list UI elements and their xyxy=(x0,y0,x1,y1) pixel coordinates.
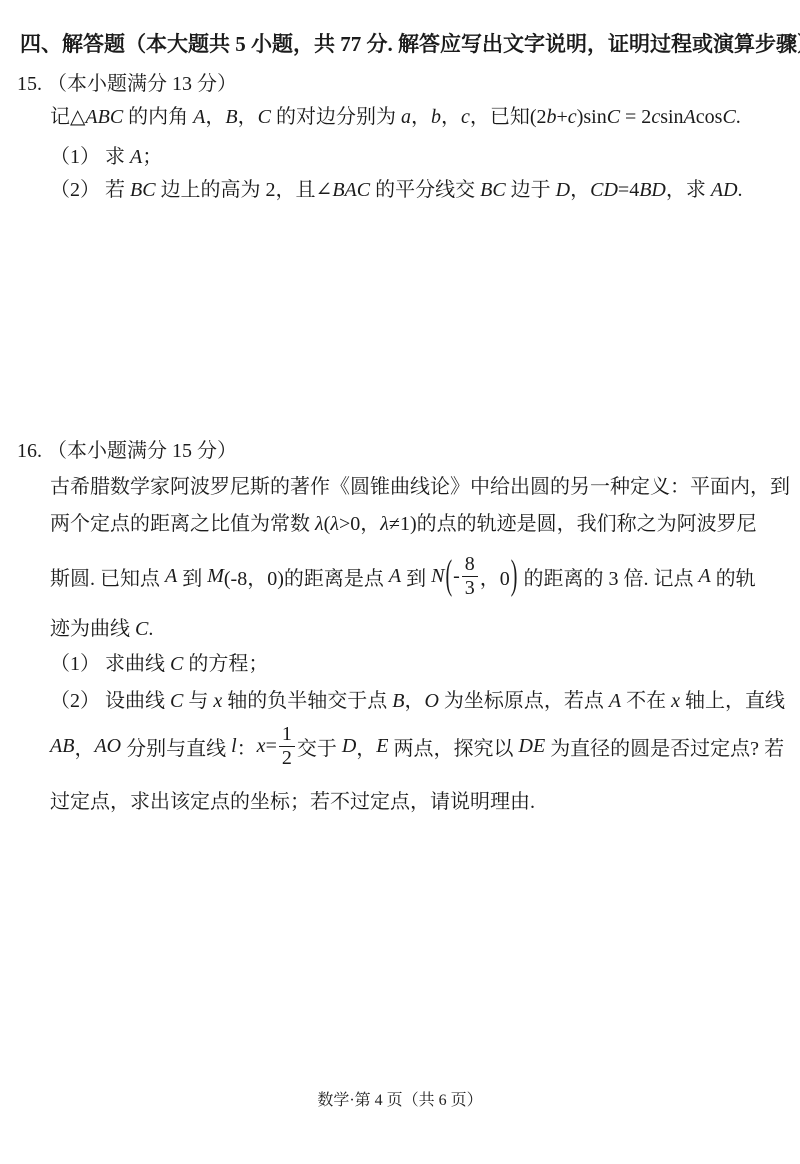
math-run: BD xyxy=(639,179,666,201)
text-run: ， xyxy=(570,179,590,201)
problem-16-header: 16.（本小题满分 15 分） xyxy=(17,436,237,466)
text-run: 轴的负半轴交于点 xyxy=(222,690,392,712)
text-run: 分别与直线 xyxy=(121,732,231,761)
math-run: A xyxy=(389,565,401,588)
math-run: C xyxy=(170,690,183,712)
problem-15-score-note: （本小题满分 13 分） xyxy=(47,73,237,95)
math-run: x xyxy=(257,735,266,758)
math-run: BC xyxy=(130,179,156,201)
problem-16-part-1-line: （1） 求曲线 C 的方程； xyxy=(50,649,268,679)
text-run: + xyxy=(557,106,568,128)
text-run: 到 xyxy=(401,562,431,591)
text-run: )sin xyxy=(577,106,607,128)
text-run: 的方程； xyxy=(183,653,268,675)
math-run: C xyxy=(722,106,735,128)
text-run: 的平分线交 xyxy=(370,179,480,201)
text-run: ： xyxy=(237,732,257,761)
math-run: A xyxy=(609,690,621,712)
text-run: ， xyxy=(411,106,431,128)
problem-16-part-2-line-2: AB，AO 分别与直线 l：x=12交于 D，E 两点，探究以 DE 为直径的圆… xyxy=(50,716,784,776)
text-run: 的轨 xyxy=(711,562,756,591)
problem-15-header: 15.（本小题满分 13 分） xyxy=(17,69,237,99)
problem-16-number: 16. xyxy=(17,440,42,462)
math-run: A xyxy=(130,146,142,168)
problem-15-intro-line: 记△ABC 的内角 A，B，C 的对边分别为 a，b，c，已知(2b+c)sin… xyxy=(50,102,741,132)
text-run: 边上的高为 2，且∠ xyxy=(156,179,333,201)
text-run: （2） 若 xyxy=(50,179,130,201)
math-run: b xyxy=(431,106,441,128)
text-run: （2） 设曲线 xyxy=(50,690,170,712)
text-run: 与 xyxy=(183,690,213,712)
text-run: sin xyxy=(660,106,683,128)
math-run: x xyxy=(671,690,680,712)
math-run: c xyxy=(461,106,470,128)
math-run: B xyxy=(392,690,404,712)
text-run: . xyxy=(738,179,743,201)
fraction: 83 xyxy=(462,553,478,600)
exam-page: 四、解答题（本大题共 5 小题，共 77 分. 解答应写出文字说明，证明过程或演… xyxy=(0,0,800,1164)
problem-16-score-note: （本小题满分 15 分） xyxy=(47,440,237,462)
math-run: BC xyxy=(480,179,506,201)
text-run: ，0 xyxy=(480,562,510,591)
page-footer: 数学·第 4 页（共 6 页） xyxy=(0,1086,800,1116)
problem-15-part-2-line: （2） 若 BC 边上的高为 2，且∠BAC 的平分线交 BC 边于 D，CD=… xyxy=(50,175,743,205)
math-run: AB xyxy=(50,735,74,758)
big-paren: ) xyxy=(511,552,518,599)
math-run: A xyxy=(684,106,696,128)
math-run: A xyxy=(193,106,205,128)
problem-16-part-2-line-1: （2） 设曲线 C 与 x 轴的负半轴交于点 B，O 为坐标原点，若点 A 不在… xyxy=(50,686,785,716)
math-run: a xyxy=(401,106,411,128)
text-run: 的距离的 3 倍. 记点 xyxy=(518,562,698,591)
math-run: c xyxy=(651,106,660,128)
text-run: ， xyxy=(356,732,376,761)
text-run: 为坐标原点，若点 xyxy=(439,690,609,712)
problem-15-number: 15. xyxy=(17,73,42,95)
math-run: b xyxy=(547,106,557,128)
math-run: N xyxy=(431,565,444,588)
text-run: cos xyxy=(696,106,723,128)
math-run: A xyxy=(698,565,710,588)
math-run: λ xyxy=(330,513,339,535)
text-run: 斯圆. 已知点 xyxy=(50,562,165,591)
math-run: C xyxy=(135,618,148,640)
math-run: M xyxy=(207,565,224,588)
text-run: ， xyxy=(238,106,258,128)
math-run: λ xyxy=(315,513,324,535)
text-run: 轴上，直线 xyxy=(680,690,785,712)
math-run: B xyxy=(225,106,237,128)
text-run: 不在 xyxy=(621,690,671,712)
text-run: 两个定点的距离之比值为常数 xyxy=(50,513,315,535)
fraction: 12 xyxy=(279,723,295,770)
math-run: DE xyxy=(519,735,546,758)
text-run: - xyxy=(453,565,460,588)
text-run: = 2 xyxy=(620,106,651,128)
math-run: CD xyxy=(590,179,618,201)
problem-16-body-line-1: 古希腊数学家阿波罗尼斯的著作《圆锥曲线论》中给出圆的另一种定义：平面内，到 xyxy=(50,472,790,502)
math-run: λ xyxy=(380,513,389,535)
text-run: 的对边分别为 xyxy=(271,106,401,128)
problem-16-body-line-2: 两个定点的距离之比值为常数 λ(λ>0，λ≠1)的点的轨迹是圆，我们称之为阿波罗… xyxy=(50,509,757,539)
math-run: AD xyxy=(711,179,738,201)
text-run: ≠1)的点的轨迹是圆，我们称之为阿波罗尼 xyxy=(389,513,757,535)
math-run: D xyxy=(556,179,570,201)
text-run: 记△ xyxy=(50,106,85,128)
text-run: ， xyxy=(74,732,94,761)
problem-16-part-2-line-3: 过定点，求出该定点的坐标；若不过定点，请说明理由. xyxy=(50,787,535,817)
text-run: 边于 xyxy=(506,179,556,201)
problem-16-body-line-3: 斯圆. 已知点 A 到 M(-8，0)的距离是点 A 到 N(-83，0) 的距… xyxy=(50,546,756,606)
text-run: ，已知(2 xyxy=(470,106,547,128)
text-run: ， xyxy=(441,106,461,128)
answer-space xyxy=(0,210,800,430)
section-heading: 四、解答题（本大题共 5 小题，共 77 分. 解答应写出文字说明，证明过程或演… xyxy=(20,29,800,59)
math-run: O xyxy=(424,690,438,712)
text-run: （1） 求曲线 xyxy=(50,653,170,675)
text-run: 古希腊数学家阿波罗尼斯的著作《圆锥曲线论》中给出圆的另一种定义：平面内，到 xyxy=(50,476,790,498)
text-run: 交于 xyxy=(297,732,342,761)
text-run: 迹为曲线 xyxy=(50,618,135,640)
problem-15-part-1-line: （1） 求 A； xyxy=(50,142,162,172)
text-run: ，求 xyxy=(666,179,711,201)
text-run: >0， xyxy=(339,513,380,535)
text-run: 的内角 xyxy=(123,106,193,128)
text-run: 到 xyxy=(177,562,207,591)
text-run: 过定点，求出该定点的坐标；若不过定点，请说明理由. xyxy=(50,791,535,813)
text-run: =4 xyxy=(618,179,639,201)
text-run: （1） 求 xyxy=(50,146,130,168)
text-run: ， xyxy=(404,690,424,712)
big-paren: ( xyxy=(445,552,452,599)
text-run: . xyxy=(148,618,153,640)
math-run: BAC xyxy=(332,179,370,201)
math-run: AO xyxy=(94,735,121,758)
math-run: C xyxy=(607,106,620,128)
text-run: 为直径的圆是否过定点? 若 xyxy=(545,732,784,761)
text-run: 两点，探究以 xyxy=(389,732,519,761)
text-run: . xyxy=(736,106,741,128)
math-run: E xyxy=(376,735,388,758)
math-run: x xyxy=(213,690,222,712)
text-run: (-8，0)的距离是点 xyxy=(224,562,389,591)
math-run: D xyxy=(342,735,356,758)
text-run: ， xyxy=(205,106,225,128)
problem-16-body-line-4: 迹为曲线 C. xyxy=(50,614,153,644)
math-run: C xyxy=(170,653,183,675)
math-run: c xyxy=(568,106,577,128)
math-run: ABC xyxy=(85,106,123,128)
text-run: ； xyxy=(142,146,162,168)
text-run: = xyxy=(266,735,277,758)
math-run: C xyxy=(258,106,271,128)
math-run: A xyxy=(165,565,177,588)
